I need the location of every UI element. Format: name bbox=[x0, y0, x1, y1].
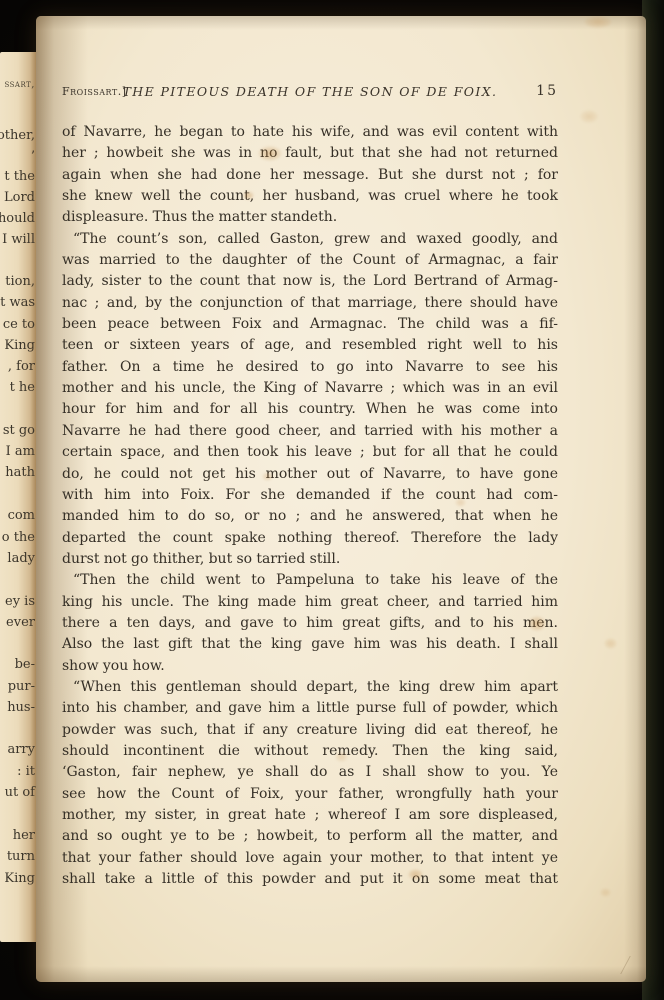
text-line: nac ; and, by the conjunction of that ma… bbox=[62, 293, 558, 314]
text-line: lady, sister to the count that now is, t… bbox=[62, 271, 558, 292]
facing-page-fragment: turn bbox=[7, 850, 35, 863]
text-line: she knew well the count, her husband, wa… bbox=[62, 186, 558, 207]
text-line: that your father should love again your … bbox=[62, 848, 558, 869]
facing-page-fragment: ’ bbox=[31, 150, 35, 163]
facing-page-fragment: other, bbox=[0, 129, 35, 142]
page-number: 15 bbox=[536, 83, 558, 99]
text-line: father. On a time he desired to go into … bbox=[62, 357, 558, 378]
facing-page-fragment: com bbox=[8, 509, 35, 522]
facing-page-fragment: hath bbox=[5, 466, 35, 479]
facing-page-fragment: King bbox=[4, 339, 35, 352]
book-photograph: ssart, other, ’ t the Lord hould I will … bbox=[0, 0, 664, 1000]
facing-page-fragment: tion, bbox=[5, 275, 35, 288]
text-line: certain space, and then took his leave ;… bbox=[62, 442, 558, 463]
text-line: into his chamber, and gave him a little … bbox=[62, 698, 558, 719]
facing-page-fragment: : it bbox=[17, 765, 35, 778]
text-line: shall take a little of this powder and p… bbox=[62, 869, 558, 890]
facing-page-fragment: ssart, bbox=[4, 80, 35, 90]
text-line: been peace between Foix and Armagnac. Th… bbox=[62, 314, 558, 335]
text-line: again when she had done her message. But… bbox=[62, 165, 558, 186]
facing-page-fragment: o the bbox=[2, 531, 35, 544]
facing-page-fragment: I will bbox=[2, 233, 35, 246]
facing-page-fragment: be- bbox=[15, 658, 35, 671]
text-line: Navarre he had there good cheer, and tar… bbox=[62, 421, 558, 442]
text-line: “When this gentleman should depart, the … bbox=[62, 677, 558, 698]
running-head-title: THE PITEOUS DEATH OF THE SON OF DE FOIX. bbox=[123, 84, 498, 99]
running-head: Froissart.] THE PITEOUS DEATH OF THE SON… bbox=[62, 80, 558, 100]
text-line: displeasure. Thus the matter standeth. bbox=[62, 207, 558, 228]
page-corner-crease bbox=[620, 956, 646, 974]
foxing-stain bbox=[604, 638, 617, 649]
foxing-stain bbox=[580, 110, 598, 123]
text-line: was married to the daughter of the Count… bbox=[62, 250, 558, 271]
text-line: teen or sixteen years of age, and resemb… bbox=[62, 335, 558, 356]
facing-page-fragment: Lord bbox=[4, 191, 35, 204]
facing-page-fragment: hus- bbox=[7, 701, 35, 714]
text-line: with him into Foix. For she demanded if … bbox=[62, 485, 558, 506]
text-line: powder was such, that if any creature li… bbox=[62, 720, 558, 741]
facing-page-fragment: ey is bbox=[5, 595, 35, 608]
facing-page-fragment: st go bbox=[3, 424, 35, 437]
text-line: of Navarre, he began to hate his wife, a… bbox=[62, 122, 558, 143]
text-line: do, he could not get his mother out of N… bbox=[62, 464, 558, 485]
facing-page-fragment: t was bbox=[0, 296, 35, 309]
page-text: of Navarre, he began to hate his wife, a… bbox=[62, 122, 558, 890]
text-line: “The count’s son, called Gaston, grew an… bbox=[62, 229, 558, 250]
text-line: and so ought ye to be ; howbeit, to perf… bbox=[62, 826, 558, 847]
text-line: show you how. bbox=[62, 656, 558, 677]
facing-page-fragment: hould bbox=[0, 212, 35, 225]
text-line: king his uncle. The king made him great … bbox=[62, 592, 558, 613]
facing-page-fragment: pur- bbox=[8, 680, 35, 693]
text-line: manded him to do so, or no ; and he answ… bbox=[62, 506, 558, 527]
facing-page-fragment: , for bbox=[8, 360, 35, 373]
facing-page-fragment: I am bbox=[6, 445, 35, 458]
running-head-source: Froissart.] bbox=[62, 85, 126, 98]
facing-page-fragment: arry bbox=[7, 743, 35, 756]
text-line: departed the count spake nothing thereof… bbox=[62, 528, 558, 549]
foxing-stain bbox=[584, 16, 612, 28]
text-line: durst not go thither, but so tarried sti… bbox=[62, 549, 558, 570]
text-line: her ; howbeit she was in no fault, but t… bbox=[62, 143, 558, 164]
facing-page-fragment: King bbox=[4, 872, 35, 885]
text-line: Also the last gift that the king gave hi… bbox=[62, 634, 558, 655]
facing-page-fragment: t the bbox=[4, 170, 35, 183]
facing-page-fragment: her bbox=[13, 829, 35, 842]
text-line: hour for him and for all his country. Wh… bbox=[62, 399, 558, 420]
facing-page-fragment: lady bbox=[7, 552, 35, 565]
text-line: mother, my sister, in great hate ; where… bbox=[62, 805, 558, 826]
text-line: should incontinent die without remedy. T… bbox=[62, 741, 558, 762]
text-line: there a ten days, and gave to him great … bbox=[62, 613, 558, 634]
facing-page-edge: ssart, other, ’ t the Lord hould I will … bbox=[0, 52, 40, 942]
facing-page-fragment: t he bbox=[10, 381, 35, 394]
facing-page-fragment: ut of bbox=[5, 786, 35, 799]
text-line: mother and his uncle, the King of Navarr… bbox=[62, 378, 558, 399]
facing-page-fragment: ce to bbox=[3, 318, 35, 331]
text-line: see how the Count of Foix, your father, … bbox=[62, 784, 558, 805]
foxing-stain bbox=[600, 888, 611, 897]
book-page: Froissart.] THE PITEOUS DEATH OF THE SON… bbox=[36, 16, 646, 982]
facing-page-fragment: ever bbox=[6, 616, 35, 629]
text-line: “Then the child went to Pampeluna to tak… bbox=[62, 570, 558, 591]
text-line: ‘Gaston, fair nephew, ye shall do as I s… bbox=[62, 762, 558, 783]
